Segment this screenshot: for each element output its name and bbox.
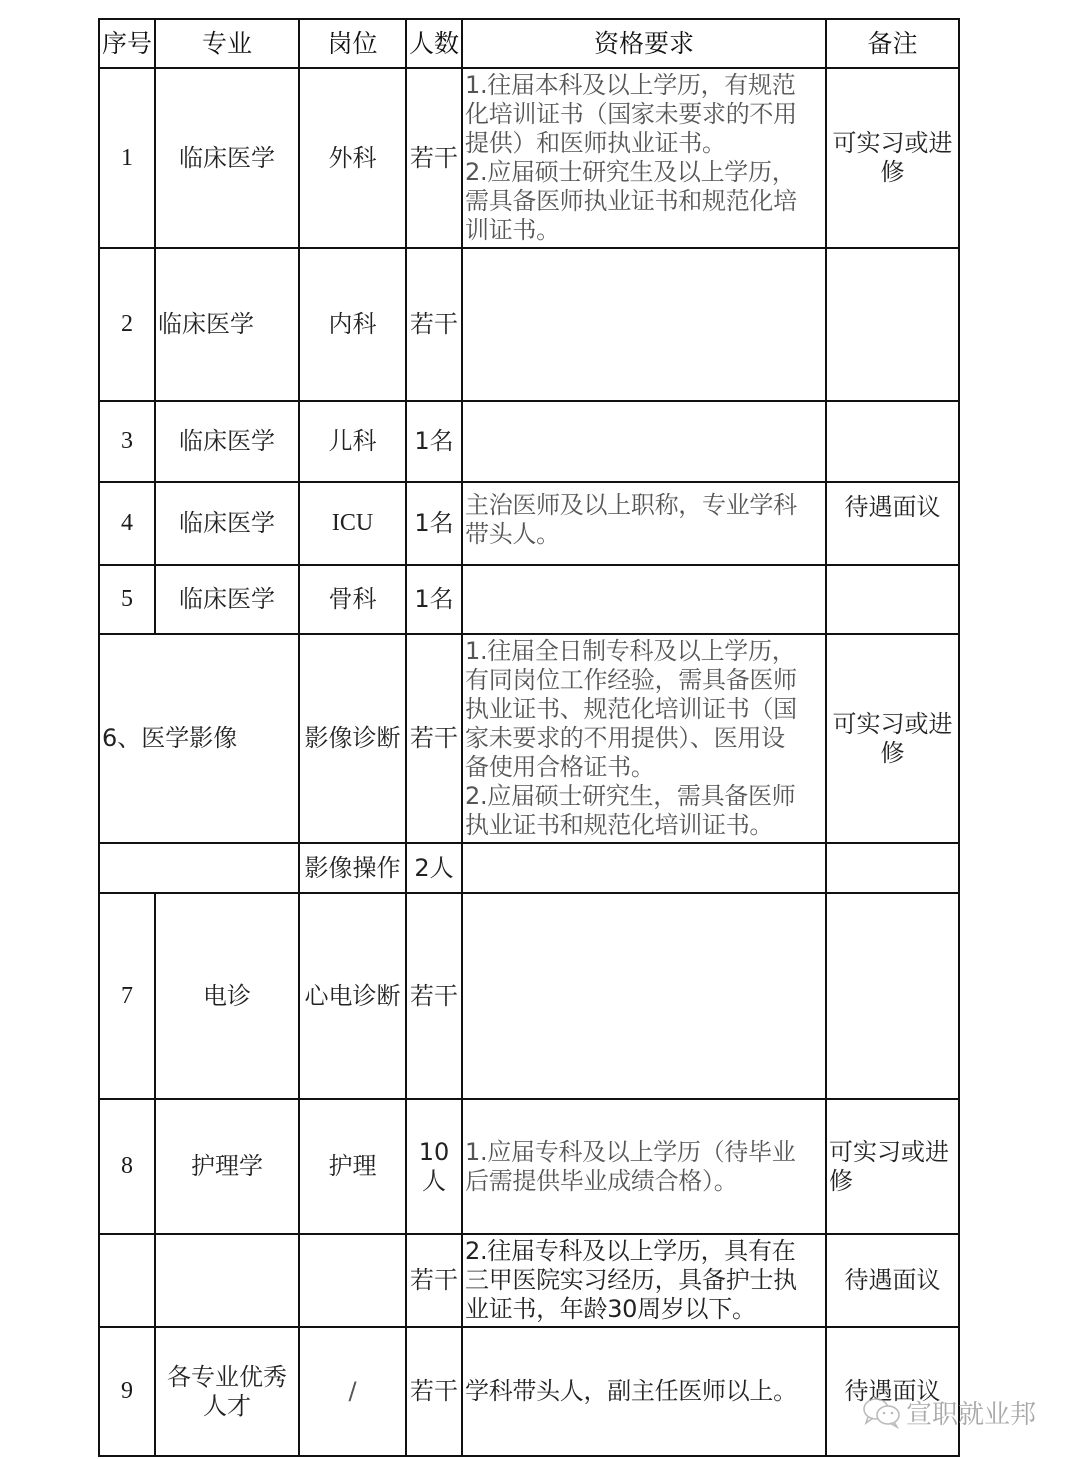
watermark-text: 宣职就业邦 xyxy=(906,1394,1036,1431)
cell-index-major: 6、医学影像 xyxy=(99,634,299,843)
cell-remarks: 可实习或进修 xyxy=(826,1099,959,1234)
cell-major: 各专业优秀人才 xyxy=(155,1327,299,1456)
cell-requirements: 学科带头人，副主任医师以上。 xyxy=(462,1327,826,1456)
cell-position: / xyxy=(299,1327,406,1456)
header-position: 岗位 xyxy=(299,19,406,68)
cell-count: 若干 xyxy=(406,1327,462,1456)
wechat-icon xyxy=(862,1396,902,1430)
cell-remarks xyxy=(826,248,959,401)
cell-major: 电诊 xyxy=(155,893,299,1099)
cell-remarks: 待遇面议 xyxy=(826,482,959,565)
cell-count: 1名 xyxy=(406,401,462,482)
cell-position: 心电诊断 xyxy=(299,893,406,1099)
cell-position: 外科 xyxy=(299,68,406,248)
cell-remarks xyxy=(826,565,959,634)
table-row: 9 各专业优秀人才 / 若干 学科带头人，副主任医师以上。 待遇面议 xyxy=(99,1327,959,1456)
table-row: 若干 2.往届专科及以上学历，具有在 三甲医院实习经历，具备护士执 业证书，年龄… xyxy=(99,1234,959,1327)
cell-count: 2人 xyxy=(406,843,462,893)
cell-count: 1名 xyxy=(406,482,462,565)
header-requirements: 资格要求 xyxy=(462,19,826,68)
cell-index: 9 xyxy=(99,1327,155,1456)
table-row: 6、医学影像 影像诊断 若干 1.往届全日制专科及以上学历， 有同岗位工作经验，… xyxy=(99,634,959,843)
cell-requirements: 1.往届全日制专科及以上学历， 有同岗位工作经验，需具备医师 执业证书、规范化培… xyxy=(462,634,826,843)
cell-remarks xyxy=(826,843,959,893)
cell-count: 若干 xyxy=(406,634,462,843)
cell-requirements: 2.往届专科及以上学历，具有在 三甲医院实习经历，具备护士执 业证书，年龄30周… xyxy=(462,1234,826,1327)
cell-index-major xyxy=(99,843,299,893)
cell-index: 5 xyxy=(99,565,155,634)
cell-index: 4 xyxy=(99,482,155,565)
cell-position: 护理 xyxy=(299,1099,406,1234)
cell-remarks: 可实习或进修 xyxy=(826,68,959,248)
cell-position: ICU xyxy=(299,482,406,565)
cell-index: 1 xyxy=(99,68,155,248)
cell-count: 1名 xyxy=(406,565,462,634)
table-row: 4 临床医学 ICU 1名 主治医师及以上职称，专业学科 带头人。 待遇面议 xyxy=(99,482,959,565)
cell-position xyxy=(299,1234,406,1327)
cell-major: 临床医学 xyxy=(155,482,299,565)
cell-requirements: 主治医师及以上职称，专业学科 带头人。 xyxy=(462,482,826,565)
table-row: 2 临床医学 内科 若干 xyxy=(99,248,959,401)
header-row: 序号 专业 岗位 人数 资格要求 备注 xyxy=(99,19,959,68)
cell-major: 临床医学 xyxy=(155,248,299,401)
cell-remarks: 待遇面议 xyxy=(826,1327,959,1456)
cell-position: 影像操作 xyxy=(299,843,406,893)
table-row: 5 临床医学 骨科 1名 xyxy=(99,565,959,634)
cell-requirements: 1.往届本科及以上学历，有规范 化培训证书（国家未要求的不用 提供）和医师执业证… xyxy=(462,68,826,248)
table-row: 影像操作 2人 xyxy=(99,843,959,893)
cell-index: 2 xyxy=(99,248,155,401)
cell-remarks xyxy=(826,893,959,1099)
cell-requirements xyxy=(462,565,826,634)
cell-count: 若干 xyxy=(406,68,462,248)
table-row: 1 临床医学 外科 若干 1.往届本科及以上学历，有规范 化培训证书（国家未要求… xyxy=(99,68,959,248)
cell-major: 临床医学 xyxy=(155,68,299,248)
cell-major: 临床医学 xyxy=(155,401,299,482)
recruitment-table: 序号 专业 岗位 人数 资格要求 备注 1 临床医学 外科 若干 1.往届本科及… xyxy=(98,18,960,1457)
cell-index: 7 xyxy=(99,893,155,1099)
cell-count: 10人 xyxy=(406,1099,462,1234)
cell-count: 若干 xyxy=(406,1234,462,1327)
cell-requirements xyxy=(462,843,826,893)
table-row: 8 护理学 护理 10人 1.应届专科及以上学历（待毕业 后需提供毕业成绩合格）… xyxy=(99,1099,959,1234)
cell-remarks: 可实习或进修 xyxy=(826,634,959,843)
header-remarks: 备注 xyxy=(826,19,959,68)
header-major: 专业 xyxy=(155,19,299,68)
cell-major: 护理学 xyxy=(155,1099,299,1234)
cell-requirements xyxy=(462,893,826,1099)
cell-position: 影像诊断 xyxy=(299,634,406,843)
cell-count: 若干 xyxy=(406,893,462,1099)
cell-position: 儿科 xyxy=(299,401,406,482)
cell-index: 3 xyxy=(99,401,155,482)
header-index: 序号 xyxy=(99,19,155,68)
cell-index xyxy=(99,1234,155,1327)
table-row: 7 电诊 心电诊断 若干 xyxy=(99,893,959,1099)
table-row: 3 临床医学 儿科 1名 xyxy=(99,401,959,482)
cell-position: 内科 xyxy=(299,248,406,401)
cell-index: 8 xyxy=(99,1099,155,1234)
header-count: 人数 xyxy=(406,19,462,68)
cell-requirements: 1.应届专科及以上学历（待毕业 后需提供毕业成绩合格）。 xyxy=(462,1099,826,1234)
cell-major xyxy=(155,1234,299,1327)
watermark: 宣职就业邦 xyxy=(862,1394,1036,1431)
cell-requirements xyxy=(462,248,826,401)
cell-requirements xyxy=(462,401,826,482)
cell-position: 骨科 xyxy=(299,565,406,634)
cell-remarks: 待遇面议 xyxy=(826,1234,959,1327)
cell-major: 临床医学 xyxy=(155,565,299,634)
cell-count: 若干 xyxy=(406,248,462,401)
cell-remarks xyxy=(826,401,959,482)
